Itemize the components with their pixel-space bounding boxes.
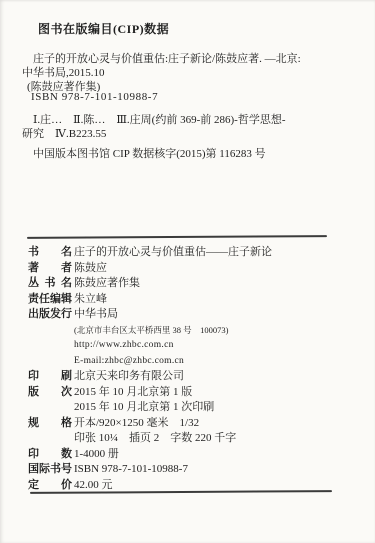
row-format: 规格 开本/920×1250 毫米 1/32: [0, 416, 375, 432]
row-label: 出版发行: [28, 307, 72, 323]
row-series: 丛书名 陈鼓应著作集: [0, 276, 375, 292]
row-edition: 版次 2015 年 10 月北京第 1 版: [0, 385, 375, 401]
row-publisher: 出版发行 中华书局: [0, 307, 375, 323]
row-label: 印刷: [28, 369, 72, 385]
row-print-run: 印数 1-4000 册: [0, 447, 375, 463]
row-value: 开本/920×1250 毫米 1/32: [74, 416, 199, 432]
row-value: 2015 年 10 月北京第 1 版: [74, 385, 192, 401]
row-format-sheets: 印张 10¼ 插页 2 字数 220 千字: [0, 431, 375, 447]
row-publisher-address: (北京市丰台区太平桥西里 38 号 100073): [0, 323, 375, 339]
divider-bottom: [30, 490, 332, 494]
row-label: 规格: [28, 416, 72, 432]
row-publisher-email: E-mail:zhbc@zhbc.com.cn: [0, 354, 375, 370]
publisher-email: E-mail:zhbc@zhbc.com.cn: [74, 354, 184, 370]
row-value: 印张 10¼ 插页 2 字数 220 千字: [74, 431, 236, 447]
row-label: 书名: [28, 245, 72, 261]
row-value: 中华书局: [74, 307, 118, 323]
row-value: 2015 年 10 月北京第 1 次印刷: [74, 400, 214, 416]
publisher-website: http://www.zhbc.com.cn: [74, 338, 174, 354]
row-edition-printing: 2015 年 10 月北京第 1 次印刷: [0, 400, 375, 416]
row-label: 版次: [28, 385, 72, 401]
colophon-table: 书名 庄子的开放心灵与价值重估——庄子新论 著者 陈鼓应 丛书名 陈鼓应著作集 …: [0, 245, 375, 493]
row-author: 著者 陈鼓应: [0, 261, 375, 277]
row-label: 丛书名: [28, 276, 72, 292]
row-label: 定价: [28, 478, 72, 494]
copyright-page: 图书在版编目(CIP)数据 庄子的开放心灵与价值重估:庄子新论/陈鼓应著. —北…: [0, 0, 375, 543]
row-publisher-website: http://www.zhbc.com.cn: [0, 338, 375, 354]
cip-heading: 图书在版编目(CIP)数据: [38, 20, 169, 37]
row-label: 国际书号: [28, 462, 72, 478]
row-isbn: 国际书号 ISBN 978-7-101-10988-7: [0, 462, 375, 478]
row-value: 庄子的开放心灵与价值重估——庄子新论: [74, 245, 272, 261]
publisher-address: (北京市丰台区太平桥西里 38 号 100073): [74, 323, 228, 339]
cip-isbn-line: ISBN 978-7-101-10988-7: [31, 91, 158, 103]
divider-top: [27, 235, 327, 239]
row-value: 1-4000 册: [74, 447, 119, 463]
row-value: 朱立峰: [74, 292, 107, 308]
row-editor: 责任编辑 朱立峰: [0, 292, 375, 308]
row-value: 陈鼓应: [74, 261, 107, 277]
row-book-title: 书名 庄子的开放心灵与价值重估——庄子新论: [0, 245, 375, 261]
row-label: 责任编辑: [28, 292, 72, 308]
row-value: ISBN 978-7-101-10988-7: [74, 462, 188, 478]
cip-classification-line2: 研究 Ⅳ.B223.55: [22, 125, 106, 141]
row-value: 北京天来印务有限公司: [74, 369, 184, 385]
row-label: 印数: [28, 447, 72, 463]
row-label: 著者: [28, 261, 72, 277]
row-printer: 印刷 北京天来印务有限公司: [0, 369, 375, 385]
cip-record-number: 中国版本图书馆 CIP 数据核字(2015)第 116283 号: [33, 145, 266, 161]
row-value: 陈鼓应著作集: [74, 276, 140, 292]
